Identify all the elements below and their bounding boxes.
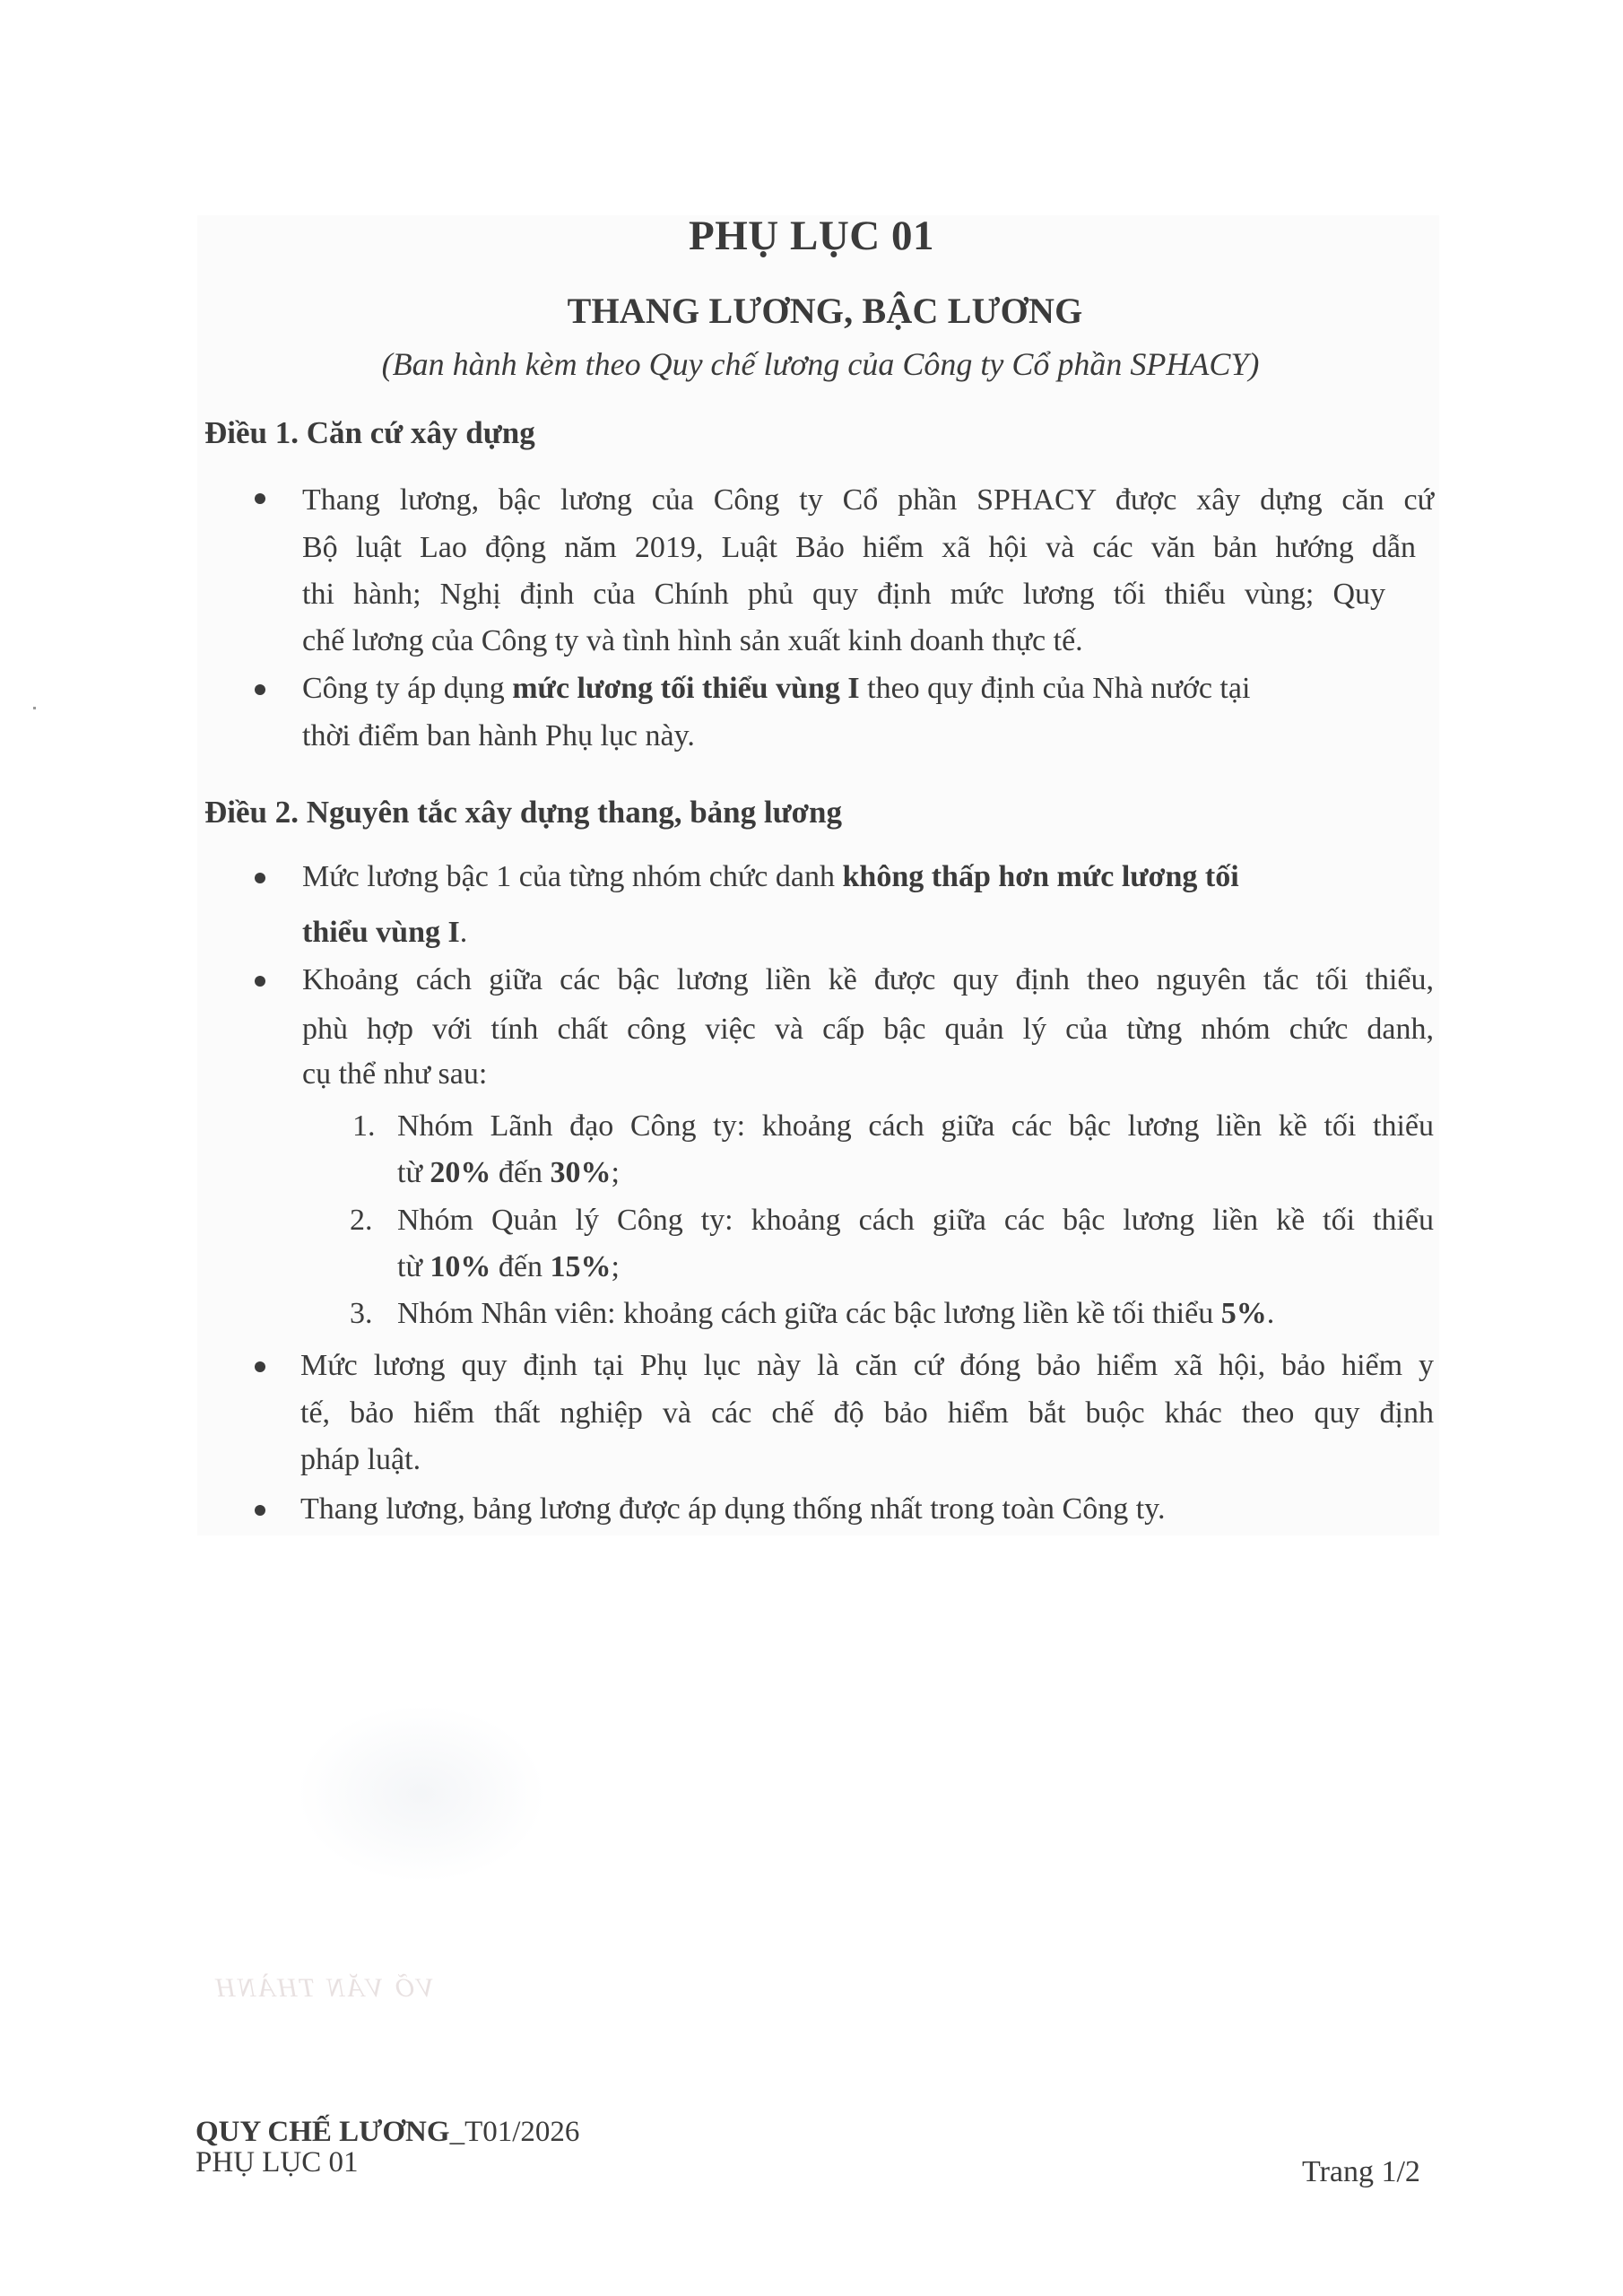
emphasis-min-wage: mức lương tối thiểu vùng I	[512, 672, 859, 705]
bullet-icon	[255, 684, 265, 695]
article-1-bullet-1-line: Bộ luật Lao động năm 2019, Luật Bảo hiểm…	[302, 533, 1416, 563]
bullet-icon	[255, 1361, 265, 1372]
article-1-bullet-2-line: thời điểm ban hành Phụ lục này.	[302, 721, 695, 752]
article-1-bullet-2-line: Công ty áp dụng mức lương tối thiểu vùng…	[302, 674, 1410, 704]
list-item-management-range: từ 10% đến 15%;	[397, 1252, 620, 1283]
article-2-heading: Điều 2. Nguyên tắc xây dựng thang, bảng …	[204, 796, 842, 828]
list-number: 2.	[350, 1205, 373, 1236]
footer-section: PHỤ LỤC 01	[195, 2148, 359, 2178]
list-item-management: Nhóm Quản lý Công ty: khoảng cách giữa c…	[397, 1205, 1434, 1236]
scan-speck	[33, 707, 36, 709]
article-2-bullet-3-line: tế, bảo hiểm thất nghiệp và các chế độ b…	[300, 1398, 1434, 1429]
article-2-bullet-3-line: Mức lương quy định tại Phụ lục này là că…	[300, 1351, 1434, 1381]
article-2-bullet-4: Thang lương, bảng lương được áp dụng thố…	[300, 1494, 1165, 1525]
list-number: 3.	[350, 1299, 373, 1329]
list-item-leadership-range: từ 20% đến 30%;	[397, 1158, 620, 1188]
page-title: PHỤ LỤC 01	[0, 215, 1623, 257]
article-1-bullet-1-line: Thang lương, bậc lương của Công ty Cổ ph…	[302, 485, 1434, 516]
list-number: 1.	[352, 1111, 376, 1142]
faded-stamp-smudge	[296, 1704, 547, 1883]
article-2-bullet-2-line: Khoảng cách giữa các bậc lương liền kề đ…	[302, 965, 1434, 996]
article-2-bullet-2-line: cụ thể như sau:	[302, 1059, 487, 1090]
bullet-icon	[255, 976, 265, 987]
list-item-leadership: Nhóm Lãnh đạo Công ty: khoảng cách giữa …	[397, 1111, 1434, 1142]
footer-doc-code: QUY CHẾ LƯƠNG_T01/2026	[195, 2118, 579, 2147]
article-2-bullet-2-line: phù hợp với tính chất công việc và cấp b…	[302, 1014, 1434, 1045]
list-item-staff: Nhóm Nhân viên: khoảng cách giữa các bậc…	[397, 1299, 1274, 1329]
document-page: PHỤ LỤC 01 THANG LƯƠNG, BẬC LƯƠNG (Ban h…	[0, 0, 1623, 2296]
article-2-bullet-1-line: Mức lương bậc 1 của từng nhóm chức danh …	[302, 862, 1239, 892]
page-number: Trang 1/2	[1302, 2157, 1420, 2187]
emphasis-not-lower: không thấp hơn mức lương tối	[843, 860, 1239, 893]
issued-with-note: (Ban hành kèm theo Quy chế lương của Côn…	[296, 348, 1345, 380]
bleed-through-signature-name: VÕ VĂN THÀNH	[213, 1973, 434, 2004]
page-subtitle: THANG LƯƠNG, BẬC LƯƠNG	[529, 293, 1121, 329]
bullet-icon	[255, 1505, 265, 1516]
bullet-icon	[255, 493, 265, 504]
article-1-bullet-1-line: chế lương của Công ty và tình hình sản x…	[302, 626, 1083, 657]
article-1-bullet-1-line: thi hành; Nghị định của Chính phủ quy đị…	[302, 579, 1385, 610]
article-2-bullet-1-line: thiểu vùng I.	[302, 918, 467, 948]
article-1-heading: Điều 1. Căn cứ xây dựng	[204, 417, 535, 448]
bullet-icon	[255, 873, 265, 883]
article-2-bullet-3-line: pháp luật.	[300, 1445, 421, 1475]
